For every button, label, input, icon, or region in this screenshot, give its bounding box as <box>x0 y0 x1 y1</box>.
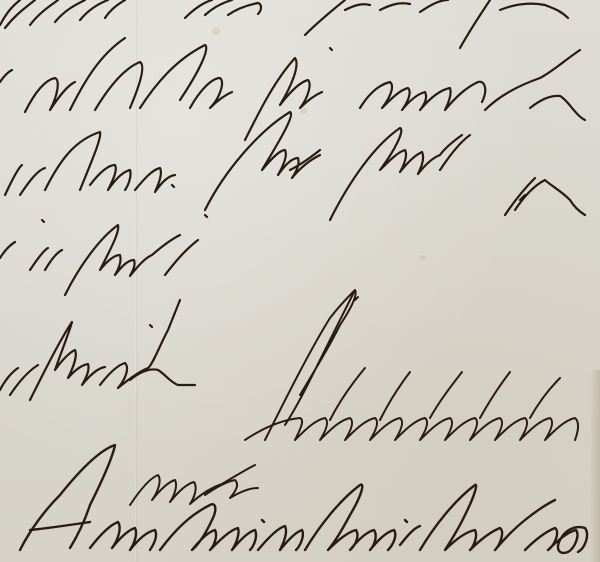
handwriting-ink <box>0 0 600 562</box>
signature-anne-marie-louise <box>20 445 587 553</box>
handwriting-line-2 <box>0 38 585 140</box>
handwriting-line-4 <box>0 220 198 295</box>
handwritten-letter-page: ...mener de ce que je puis... ...u aduel… <box>0 0 600 562</box>
signature-philippe <box>245 290 578 440</box>
handwriting-line-5 <box>0 300 195 400</box>
handwriting-line-1 <box>0 0 568 48</box>
signature-annotation-anne <box>130 465 258 505</box>
handwriting-line-3 <box>5 112 585 220</box>
